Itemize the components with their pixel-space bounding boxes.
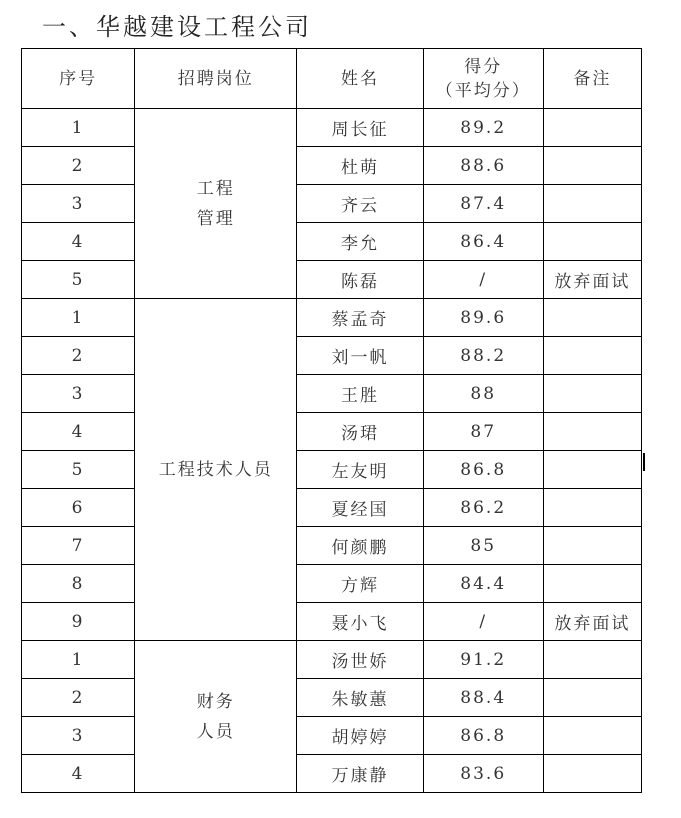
table-header-row: 序号 招聘岗位 姓名 得分 （平均分） 备注 bbox=[22, 49, 642, 109]
header-score-line1: 得分 bbox=[424, 55, 543, 79]
cell-remark bbox=[543, 717, 641, 755]
cell-score: 86.4 bbox=[423, 223, 543, 261]
table-row: 3齐云87.4 bbox=[22, 185, 642, 223]
cell-name: 蔡孟奇 bbox=[297, 299, 423, 337]
cell-remark bbox=[543, 185, 641, 223]
position-line1: 工程 bbox=[135, 174, 296, 204]
cell-remark bbox=[543, 451, 641, 489]
cell-index: 1 bbox=[22, 641, 135, 679]
position-line1: 工程技术人员 bbox=[135, 455, 296, 485]
cell-score: 86.2 bbox=[423, 489, 543, 527]
cell-score: / bbox=[423, 261, 543, 299]
table-row: 5陈磊/放弃面试 bbox=[22, 261, 642, 299]
cell-score: 87.4 bbox=[423, 185, 543, 223]
cell-name: 齐云 bbox=[297, 185, 423, 223]
cell-name: 夏经国 bbox=[297, 489, 423, 527]
cell-score: 89.2 bbox=[423, 109, 543, 147]
cell-index: 6 bbox=[22, 489, 135, 527]
cell-index: 1 bbox=[22, 299, 135, 337]
cell-index: 4 bbox=[22, 413, 135, 451]
cell-score: 88.2 bbox=[423, 337, 543, 375]
header-index: 序号 bbox=[22, 49, 135, 109]
cell-remark bbox=[543, 299, 641, 337]
cell-remark bbox=[543, 565, 641, 603]
table-row: 5左友明86.8 bbox=[22, 451, 642, 489]
cell-index: 2 bbox=[22, 337, 135, 375]
cell-remark bbox=[543, 489, 641, 527]
table-row: 3胡婷婷86.8 bbox=[22, 717, 642, 755]
cell-index: 9 bbox=[22, 603, 135, 641]
results-table: 序号 招聘岗位 姓名 得分 （平均分） 备注 1工程管理周长征89.22杜萌88… bbox=[21, 48, 642, 793]
cell-index: 3 bbox=[22, 375, 135, 413]
header-score-line2: （平均分） bbox=[424, 79, 543, 103]
table-row: 1财务人员汤世娇91.2 bbox=[22, 641, 642, 679]
cell-index: 4 bbox=[22, 755, 135, 793]
cell-index: 2 bbox=[22, 147, 135, 185]
cell-remark bbox=[543, 755, 641, 793]
cell-score: / bbox=[423, 603, 543, 641]
cell-name: 李允 bbox=[297, 223, 423, 261]
table-row: 4李允86.4 bbox=[22, 223, 642, 261]
cell-score: 83.6 bbox=[423, 755, 543, 793]
cell-index: 1 bbox=[22, 109, 135, 147]
position-line2: 管理 bbox=[135, 204, 296, 234]
table-row: 4汤珺87 bbox=[22, 413, 642, 451]
header-remark: 备注 bbox=[543, 49, 641, 109]
cell-score: 88 bbox=[423, 375, 543, 413]
cell-name: 何颜鹏 bbox=[297, 527, 423, 565]
cell-remark bbox=[543, 375, 641, 413]
cell-position: 工程技术人员 bbox=[135, 299, 297, 641]
cell-name: 刘一帆 bbox=[297, 337, 423, 375]
cell-score: 91.2 bbox=[423, 641, 543, 679]
cell-name: 汤世娇 bbox=[297, 641, 423, 679]
cell-index: 5 bbox=[22, 261, 135, 299]
cell-name: 左友明 bbox=[297, 451, 423, 489]
table-row: 2刘一帆88.2 bbox=[22, 337, 642, 375]
cell-remark bbox=[543, 337, 641, 375]
table-row: 6夏经国86.2 bbox=[22, 489, 642, 527]
cell-position: 工程管理 bbox=[135, 109, 297, 299]
table-row: 1工程技术人员蔡孟奇89.6 bbox=[22, 299, 642, 337]
cell-score: 86.8 bbox=[423, 717, 543, 755]
cell-score: 85 bbox=[423, 527, 543, 565]
table-row: 4万康静83.6 bbox=[22, 755, 642, 793]
cell-name: 杜萌 bbox=[297, 147, 423, 185]
table-row: 9聂小飞/放弃面试 bbox=[22, 603, 642, 641]
cell-index: 2 bbox=[22, 679, 135, 717]
text-cursor bbox=[643, 453, 645, 471]
cell-remark bbox=[543, 223, 641, 261]
cell-score: 84.4 bbox=[423, 565, 543, 603]
cell-score: 86.8 bbox=[423, 451, 543, 489]
cell-score: 88.4 bbox=[423, 679, 543, 717]
cell-index: 4 bbox=[22, 223, 135, 261]
cell-name: 朱敏蕙 bbox=[297, 679, 423, 717]
position-line2: 人员 bbox=[135, 717, 296, 747]
cell-name: 汤珺 bbox=[297, 413, 423, 451]
cell-score: 89.6 bbox=[423, 299, 543, 337]
table-row: 2杜萌88.6 bbox=[22, 147, 642, 185]
cell-name: 聂小飞 bbox=[297, 603, 423, 641]
cell-name: 胡婷婷 bbox=[297, 717, 423, 755]
table-row: 1工程管理周长征89.2 bbox=[22, 109, 642, 147]
document-title: 一、华越建设工程公司 bbox=[42, 10, 312, 44]
cell-index: 7 bbox=[22, 527, 135, 565]
header-name: 姓名 bbox=[297, 49, 423, 109]
header-position: 招聘岗位 bbox=[135, 49, 297, 109]
cell-remark: 放弃面试 bbox=[543, 261, 641, 299]
cell-position: 财务人员 bbox=[135, 641, 297, 793]
table-row: 8方辉84.4 bbox=[22, 565, 642, 603]
table-row: 7何颜鹏85 bbox=[22, 527, 642, 565]
cell-index: 3 bbox=[22, 185, 135, 223]
cell-score: 87 bbox=[423, 413, 543, 451]
cell-score: 88.6 bbox=[423, 147, 543, 185]
cell-remark: 放弃面试 bbox=[543, 603, 641, 641]
cell-name: 王胜 bbox=[297, 375, 423, 413]
cell-remark bbox=[543, 641, 641, 679]
cell-name: 万康静 bbox=[297, 755, 423, 793]
position-line1: 财务 bbox=[135, 687, 296, 717]
table-row: 2朱敏蕙88.4 bbox=[22, 679, 642, 717]
table-row: 3王胜88 bbox=[22, 375, 642, 413]
cell-index: 8 bbox=[22, 565, 135, 603]
cell-remark bbox=[543, 679, 641, 717]
cell-name: 陈磊 bbox=[297, 261, 423, 299]
cell-remark bbox=[543, 147, 641, 185]
cell-index: 3 bbox=[22, 717, 135, 755]
cell-index: 5 bbox=[22, 451, 135, 489]
cell-remark bbox=[543, 109, 641, 147]
header-score: 得分 （平均分） bbox=[423, 49, 543, 109]
cell-name: 周长征 bbox=[297, 109, 423, 147]
cell-name: 方辉 bbox=[297, 565, 423, 603]
cell-remark bbox=[543, 527, 641, 565]
cell-remark bbox=[543, 413, 641, 451]
